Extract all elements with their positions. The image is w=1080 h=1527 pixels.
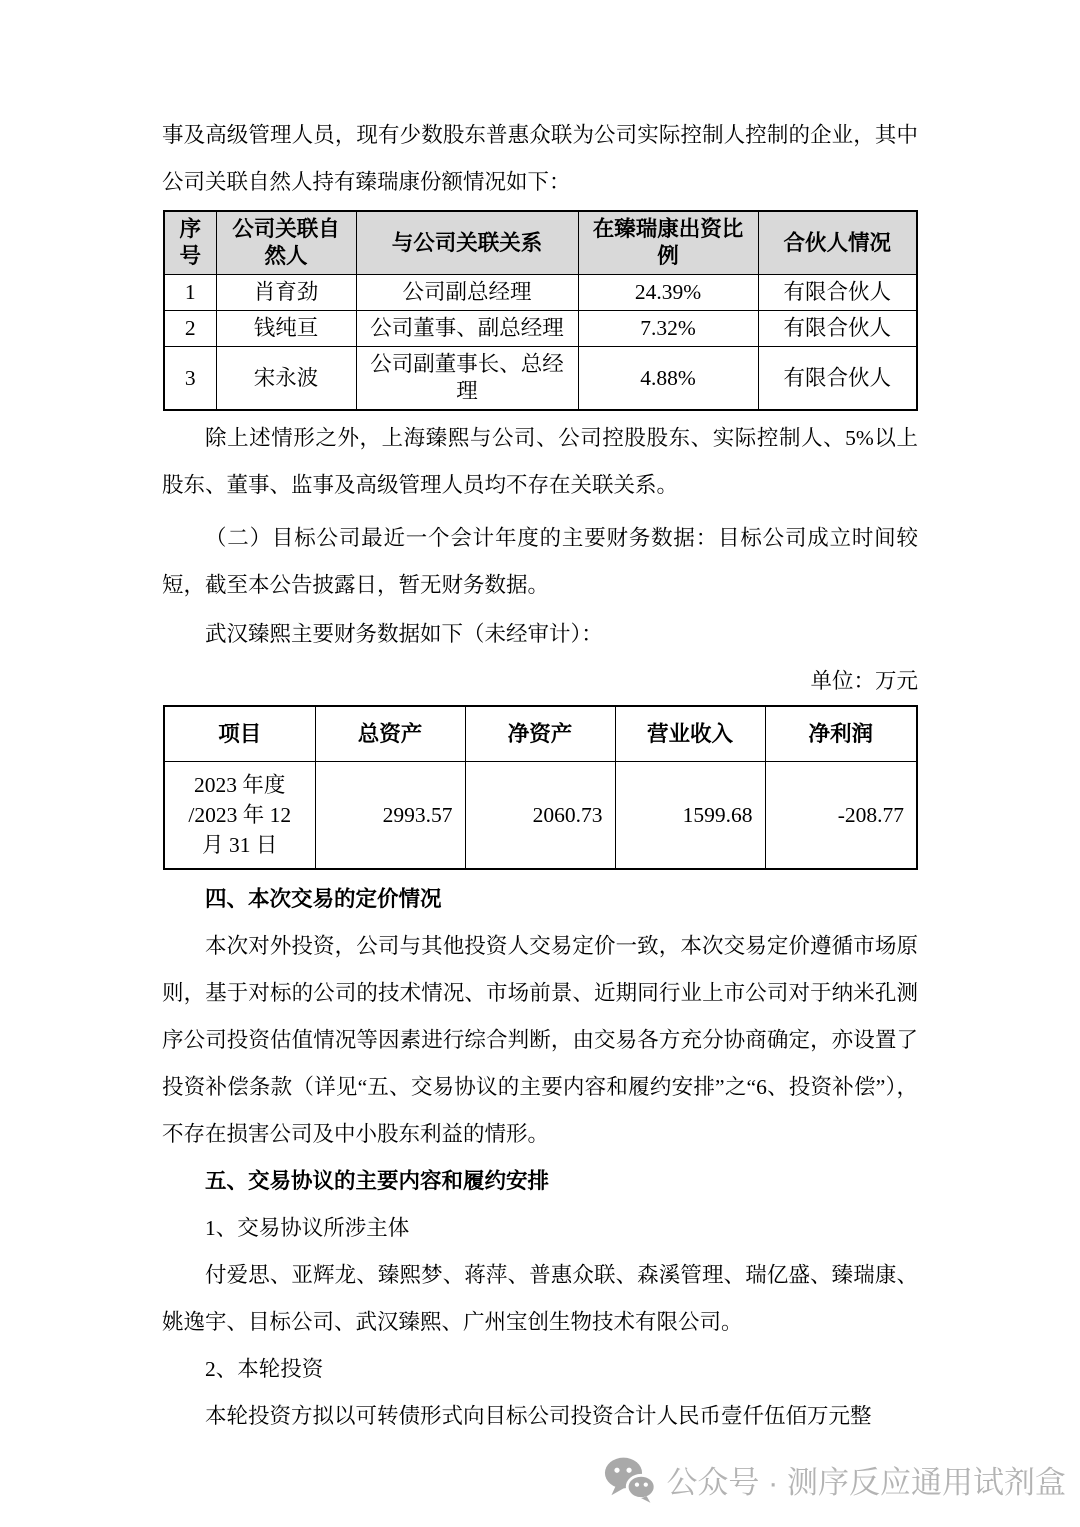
ratio-cell: 4.88% bbox=[578, 347, 758, 411]
wechat-watermark: 公众号 · 测序反应通用试剂盒 bbox=[604, 1456, 1066, 1503]
section5-item1-title: 1、交易协议所涉主体 bbox=[162, 1205, 918, 1252]
section4-heading: 四、本次交易的定价情况 bbox=[162, 876, 918, 923]
section5-item1-body: 付爱思、亚辉龙、臻熙梦、蒋萍、普惠众联、森溪管理、瑞亿盛、臻瑞康、姚逸宇、目标公… bbox=[162, 1252, 918, 1346]
section5-heading: 五、交易协议的主要内容和履约安排 bbox=[162, 1158, 918, 1205]
header-item: 项目 bbox=[164, 706, 315, 762]
person-cell: 钱纯亘 bbox=[216, 311, 356, 347]
header-revenue: 营业收入 bbox=[615, 706, 765, 762]
header-ratio: 在臻瑞康出资比例 bbox=[578, 211, 758, 275]
header-net-assets: 净资产 bbox=[465, 706, 615, 762]
table-row: 3 宋永波 公司副董事长、总经理 4.88% 有限合伙人 bbox=[164, 347, 917, 411]
table-row: 1 肖育劲 公司副总经理 24.39% 有限合伙人 bbox=[164, 275, 917, 311]
net-profit-cell: -208.77 bbox=[765, 762, 917, 870]
table-row: 2 钱纯亘 公司董事、副总经理 7.32% 有限合伙人 bbox=[164, 311, 917, 347]
partner-cell: 有限合伙人 bbox=[758, 347, 917, 411]
header-total-assets: 总资产 bbox=[315, 706, 465, 762]
partner-cell: 有限合伙人 bbox=[758, 275, 917, 311]
relation-cell: 公司董事、副总经理 bbox=[356, 311, 578, 347]
total-assets-cell: 2993.57 bbox=[315, 762, 465, 870]
period-cell: 2023 年度 /2023 年 12 月 31 日 bbox=[164, 762, 315, 870]
financial-table: 项目 总资产 净资产 营业收入 净利润 2023 年度 /2023 年 12 月… bbox=[163, 705, 918, 870]
ratio-cell: 24.39% bbox=[578, 275, 758, 311]
document-page: 事及高级管理人员，现有少数股东普惠众联为公司实际控制人控制的企业，其中公司关联自… bbox=[0, 0, 1080, 1527]
intro-paragraph: 事及高级管理人员，现有少数股东普惠众联为公司实际控制人控制的企业，其中公司关联自… bbox=[162, 112, 918, 206]
section4-body: 本次对外投资，公司与其他投资人交易定价一致，本次交易定价遵循市场原则，基于对标的… bbox=[162, 923, 918, 1158]
target-financials-paragraph: （二）目标公司最近一个会计年度的主要财务数据：目标公司成立时间较短，截至本公告披… bbox=[162, 515, 918, 609]
financial-header-row: 项目 总资产 净资产 营业收入 净利润 bbox=[164, 706, 917, 762]
relation-cell: 公司副董事长、总经理 bbox=[356, 347, 578, 411]
relation-cell: 公司副总经理 bbox=[356, 275, 578, 311]
header-net-profit: 净利润 bbox=[765, 706, 917, 762]
net-assets-cell: 2060.73 bbox=[465, 762, 615, 870]
related-party-table: 序号 公司关联自然人 与公司关联关系 在臻瑞康出资比例 合伙人情况 1 肖育劲 … bbox=[163, 210, 918, 411]
document-content: 事及高级管理人员，现有少数股东普惠众联为公司实际控制人控制的企业，其中公司关联自… bbox=[0, 0, 1080, 1440]
section5-item2-body: 本轮投资方拟以可转债形式向目标公司投资合计人民币壹仟伍佰万元整 bbox=[162, 1393, 918, 1440]
partner-cell: 有限合伙人 bbox=[758, 311, 917, 347]
header-person: 公司关联自然人 bbox=[216, 211, 356, 275]
header-relation: 与公司关联关系 bbox=[356, 211, 578, 275]
revenue-cell: 1599.68 bbox=[615, 762, 765, 870]
wechat-icon bbox=[604, 1456, 656, 1503]
seq-cell: 1 bbox=[164, 275, 216, 311]
person-cell: 宋永波 bbox=[216, 347, 356, 411]
seq-cell: 2 bbox=[164, 311, 216, 347]
ratio-cell: 7.32% bbox=[578, 311, 758, 347]
unit-label: 单位：万元 bbox=[162, 658, 918, 705]
wuhan-intro-paragraph: 武汉臻熙主要财务数据如下（未经审计）： bbox=[162, 611, 918, 658]
person-cell: 肖育劲 bbox=[216, 275, 356, 311]
exception-paragraph: 除上述情形之外，上海臻熙与公司、公司控股股东、实际控制人、5%以上股东、董事、监… bbox=[162, 415, 918, 509]
header-seq: 序号 bbox=[164, 211, 216, 275]
wechat-watermark-label: 公众号 · 测序反应通用试剂盒 bbox=[666, 1457, 1066, 1502]
seq-cell: 3 bbox=[164, 347, 216, 411]
table-row: 2023 年度 /2023 年 12 月 31 日 2993.57 2060.7… bbox=[164, 762, 917, 870]
header-partner: 合伙人情况 bbox=[758, 211, 917, 275]
section5-item2-title: 2、本轮投资 bbox=[162, 1346, 918, 1393]
related-party-header-row: 序号 公司关联自然人 与公司关联关系 在臻瑞康出资比例 合伙人情况 bbox=[164, 211, 917, 275]
